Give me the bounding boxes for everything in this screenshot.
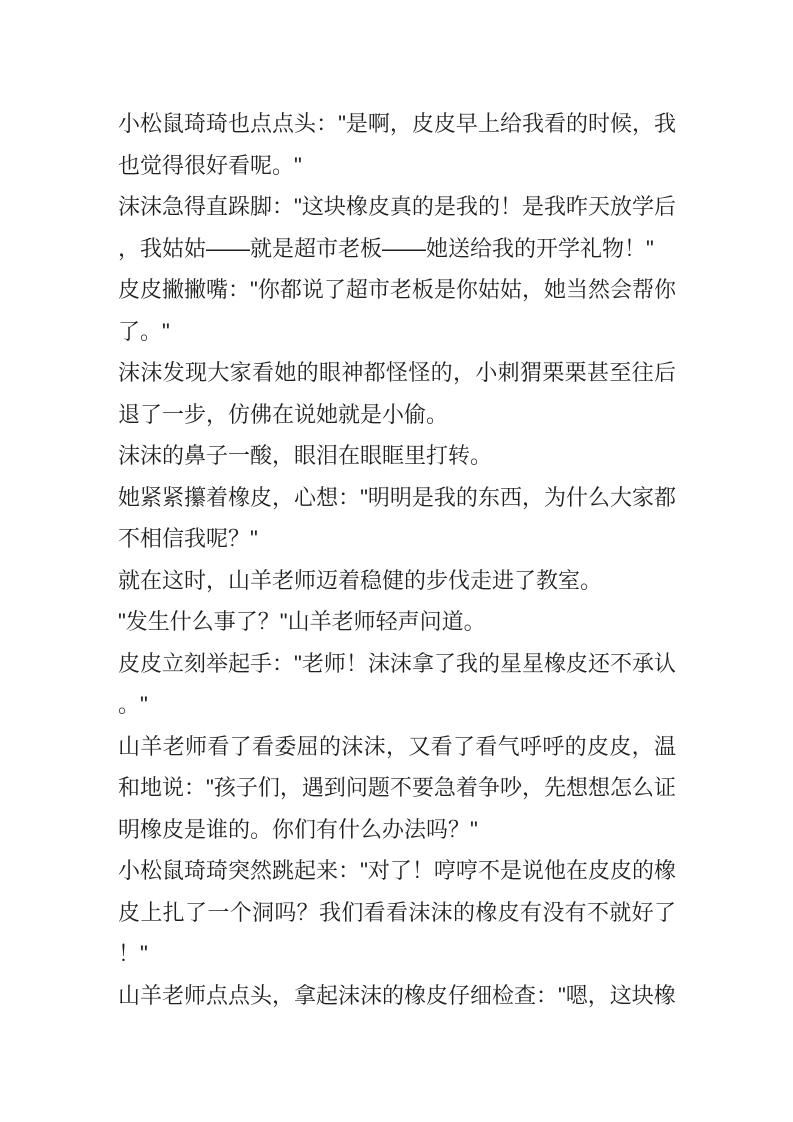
- document-text: 小松鼠琦琦也点点头："是啊，皮皮早上给我看的时候，我也觉得很好看呢。" 沫沫急得…: [118, 103, 676, 1016]
- paragraph: 小松鼠琦琦突然跳起来："对了！哼哼不是说他在皮皮的橡皮上扎了一个洞吗？我们看看沫…: [118, 850, 676, 975]
- paragraph: 山羊老师点点头，拿起沫沫的橡皮仔细检查："嗯，这块橡: [118, 975, 676, 1017]
- paragraph: 沫沫急得直跺脚："这块橡皮真的是我的！是我昨天放学后，我姑姑——就是超市老板——…: [118, 186, 676, 269]
- paragraph: 山羊老师看了看委屈的沫沫，又看了看气呼呼的皮皮，温和地说："孩子们，遇到问题不要…: [118, 726, 676, 851]
- document-page: 小松鼠琦琦也点点头："是啊，皮皮早上给我看的时候，我也觉得很好看呢。" 沫沫急得…: [0, 0, 793, 1122]
- paragraph: 就在这时，山羊老师迈着稳健的步伐走进了教室。: [118, 560, 676, 602]
- paragraph: 皮皮撇撇嘴："你都说了超市老板是你姑姑，她当然会帮你了。": [118, 269, 676, 352]
- paragraph: 小松鼠琦琦也点点头："是啊，皮皮早上给我看的时候，我也觉得很好看呢。": [118, 103, 676, 186]
- paragraph: 皮皮立刻举起手："老师！沫沫拿了我的星星橡皮还不承认。": [118, 643, 676, 726]
- paragraph: 她紧紧攥着橡皮，心想："明明是我的东西，为什么大家都不相信我呢？": [118, 477, 676, 560]
- paragraph: 沫沫发现大家看她的眼神都怪怪的，小刺猬栗栗甚至往后退了一步，仿佛在说她就是小偷。: [118, 352, 676, 435]
- paragraph: "发生什么事了？"山羊老师轻声问道。: [118, 601, 676, 643]
- paragraph: 沫沫的鼻子一酸，眼泪在眼眶里打转。: [118, 435, 676, 477]
